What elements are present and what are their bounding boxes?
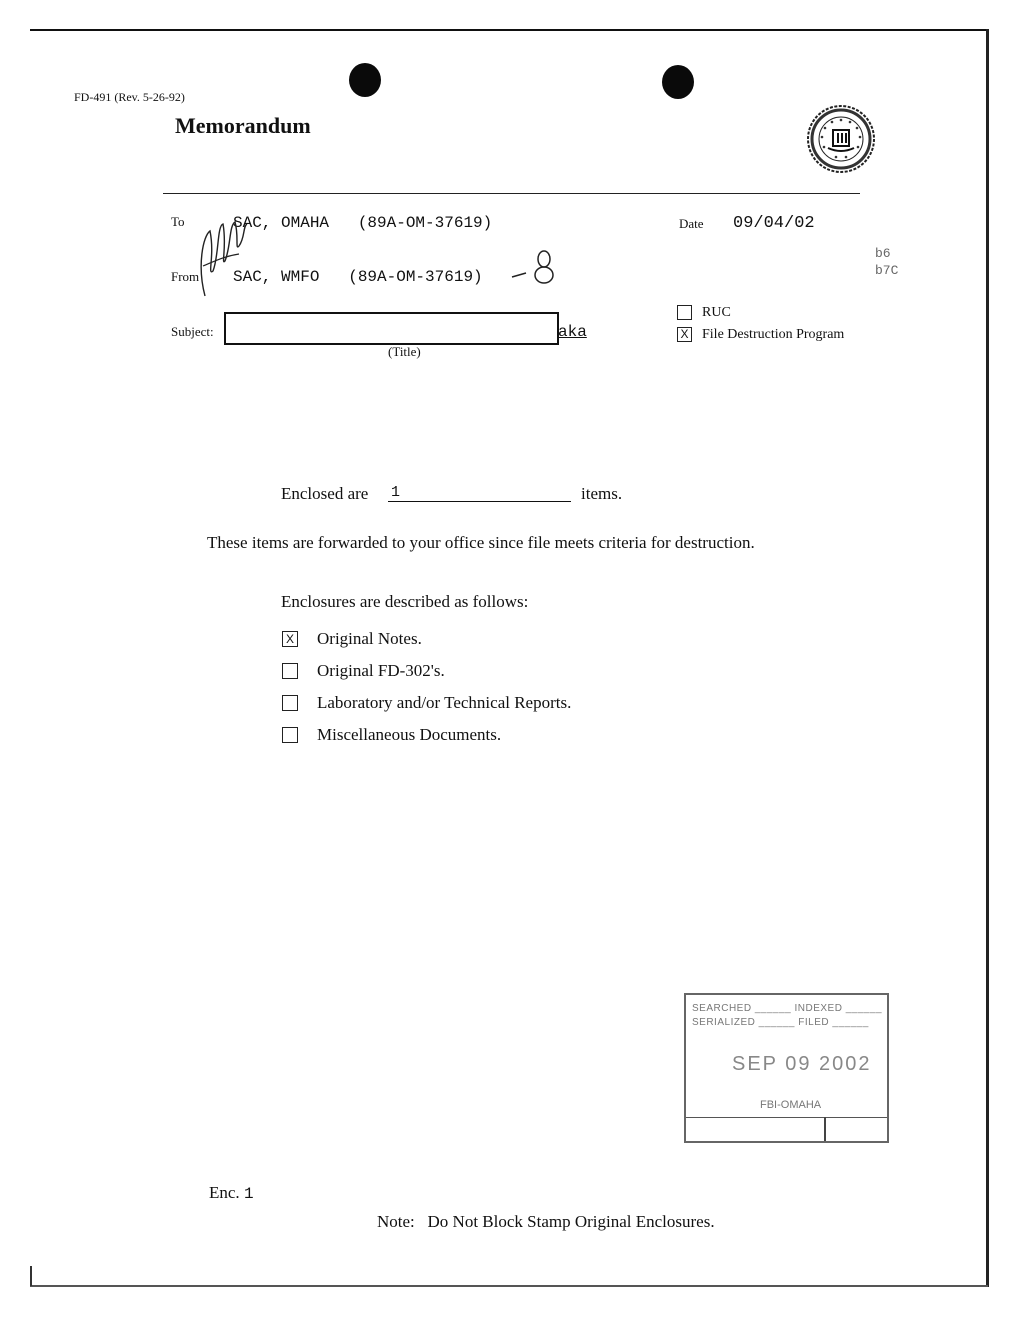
enclosure-label: Original Notes. — [317, 629, 422, 649]
subject-redaction-box — [224, 312, 559, 345]
enclosure-checkbox-lab-reports[interactable] — [282, 695, 298, 711]
enclosure-checkbox-original-notes[interactable]: X — [282, 631, 298, 647]
ruc-label: RUC — [702, 305, 731, 321]
page-bottom-edge — [30, 1285, 988, 1287]
file-destruction-label: File Destruction Program — [702, 327, 844, 343]
page-right-edge — [986, 29, 989, 1287]
stamp-divider — [686, 1117, 887, 1118]
enc-note: Enc. 1 — [209, 1183, 254, 1203]
foia-exemptions: b6 b7C — [875, 245, 898, 279]
enclosed-count-field: 1 — [388, 484, 571, 502]
enc-count: 1 — [244, 1185, 254, 1203]
exemption-code: b6 — [875, 245, 898, 262]
enclosures-intro: Enclosures are described as follows: — [281, 592, 528, 612]
subject-title-caption: (Title) — [388, 344, 421, 360]
file-destruction-checkbox[interactable]: X — [677, 327, 692, 342]
enclosed-suffix: items. — [581, 484, 622, 504]
header-divider — [163, 193, 860, 194]
enclosure-label: Original FD-302's. — [317, 661, 445, 681]
enc-label: Enc. — [209, 1183, 240, 1202]
exemption-code: b7C — [875, 262, 898, 279]
block-stamp-note: Note: Do Not Block Stamp Original Enclos… — [377, 1212, 715, 1232]
subject-label: Subject: — [171, 324, 214, 340]
enclosure-checkbox-misc-documents[interactable] — [282, 727, 298, 743]
punch-hole-right — [662, 65, 694, 99]
fbi-seal-icon — [806, 104, 876, 174]
enclosure-label: Laboratory and/or Technical Reports. — [317, 693, 571, 713]
page-top-edge — [30, 29, 988, 31]
to-label: To — [171, 214, 185, 230]
stamp-date: SEP 09 2002 — [732, 1053, 872, 1076]
punch-hole-left — [349, 63, 381, 97]
date-value: 09/04/02 — [733, 214, 815, 233]
filing-stamp: SEARCHED ______ INDEXED ______ SERIALIZE… — [684, 993, 889, 1143]
ruc-checkbox[interactable] — [677, 305, 692, 320]
forward-sentence: These items are forwarded to your office… — [207, 533, 755, 553]
date-label: Date — [679, 216, 704, 232]
stamp-office: FBI-OMAHA — [760, 1099, 821, 1111]
subject-aka: aka — [558, 323, 587, 341]
handwritten-annotation — [510, 247, 570, 292]
enclosed-label: Enclosed are — [281, 484, 368, 504]
page-corner-mark — [30, 1266, 32, 1286]
stamp-serialized-filed: SERIALIZED ______ FILED ______ — [692, 1017, 869, 1028]
stamp-searched-indexed: SEARCHED ______ INDEXED ______ — [692, 1003, 882, 1014]
handwritten-initials — [195, 216, 255, 306]
stamp-vertical-divider — [824, 1117, 826, 1141]
enclosure-label: Miscellaneous Documents. — [317, 725, 501, 745]
to-value: SAC, OMAHA (89A-OM-37619) — [233, 214, 492, 232]
enclosure-checkbox-fd302[interactable] — [282, 663, 298, 679]
from-value: SAC, WMFO (89A-OM-37619) — [233, 268, 483, 286]
memo-title: Memorandum — [175, 113, 311, 139]
form-number: FD-491 (Rev. 5-26-92) — [74, 90, 185, 105]
